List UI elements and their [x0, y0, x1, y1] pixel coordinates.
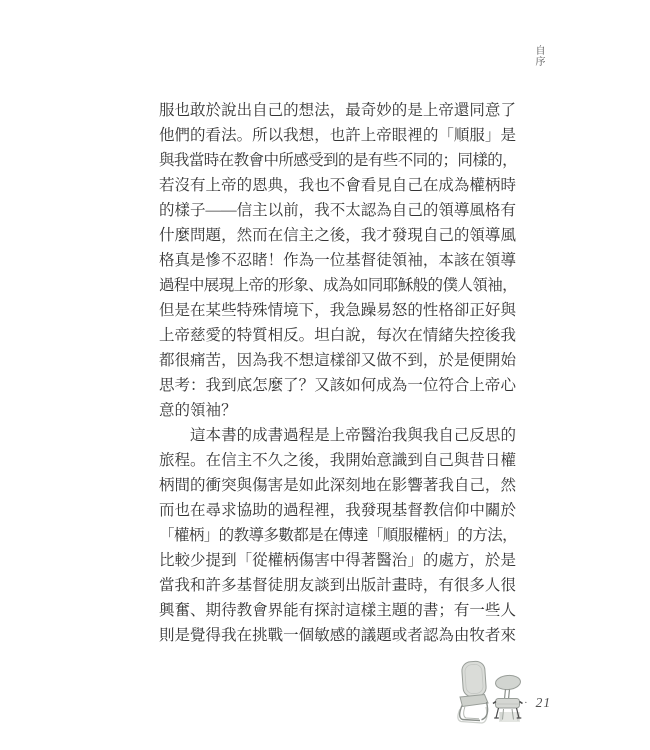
page-number-group: · 21 — [524, 695, 551, 711]
text-line: 旅程。在信主不久之後，我開始意識到自己與昔日權 — [159, 448, 531, 473]
text-line: 比較少提到「從權柄傷害中得著醫治」的處方，於是 — [159, 548, 531, 573]
body-text: 服也敢於說出自己的想法，最奇妙的是上帝還同意了 他們的看法。所以我想，也許上帝眼… — [159, 98, 531, 648]
text-line: 則是覺得我在挑戰一個敏感的議題或者認為由牧者來 — [159, 623, 531, 648]
text-line: 他們的看法。所以我想，也許上帝眼裡的「順服」是 — [159, 123, 531, 148]
separator-dot: · — [524, 698, 528, 709]
text-line: 的樣子——信主以前，我不太認為自己的領導風格有 — [159, 198, 531, 223]
book-page: 自序 服也敢於說出自己的想法，最奇妙的是上帝還同意了 他們的看法。所以我想，也許… — [0, 0, 650, 750]
page-footer: · 21 — [449, 657, 609, 727]
text-line: 什麼問題，然而在信主之後，我才發現自己的領導風 — [159, 223, 531, 248]
text-line: 思考：我到底怎麼了？又該如何成為一位符合上帝心 — [159, 373, 531, 398]
text-line: 格真是慘不忍睹！作為一位基督徒領袖，本該在領導 — [159, 248, 531, 273]
text-line: 與我當時在教會中所感受到的是有些不同的；同樣的， — [159, 148, 531, 173]
text-line: 當我和許多基督徒朋友談到出版計畫時，有很多人很 — [159, 573, 531, 598]
running-header: 自序 — [533, 45, 543, 67]
text-line: 服也敢於說出自己的想法，最奇妙的是上帝還同意了 — [159, 98, 531, 123]
text-line: 興奮、期待教會界能有探討這樣主題的書；有一些人 — [159, 598, 531, 623]
text-line: 過程中展現上帝的形象、成為如同耶穌般的僕人領袖， — [159, 273, 531, 298]
text-line: 而也在尋求協助的過程裡，我發現基督教信仰中關於 — [159, 498, 531, 523]
text-line: 若沒有上帝的恩典，我也不會看見自己在成為權柄時 — [159, 173, 531, 198]
text-line: 意的領袖？ — [159, 398, 531, 423]
page-number: 21 — [536, 695, 552, 711]
text-line: 「權柄」的教導多數都是在傳達「順服權柄」的方法， — [159, 523, 531, 548]
text-line: 柄間的衝突與傷害是如此深刻地在影響著我自己，然 — [159, 473, 531, 498]
text-line: 這本書的成書過程是上帝醫治我與我自己反思的 — [159, 423, 531, 448]
text-line: 但是在某些特殊情境下，我急躁易怒的性格卻正好與 — [159, 298, 531, 323]
two-chairs-icon — [449, 657, 524, 727]
text-line: 上帝慈愛的特質相反。坦白說，每次在情緒失控後我 — [159, 323, 531, 348]
text-line: 都很痛苦，因為我不想這樣卻又做不到，於是便開始 — [159, 348, 531, 373]
